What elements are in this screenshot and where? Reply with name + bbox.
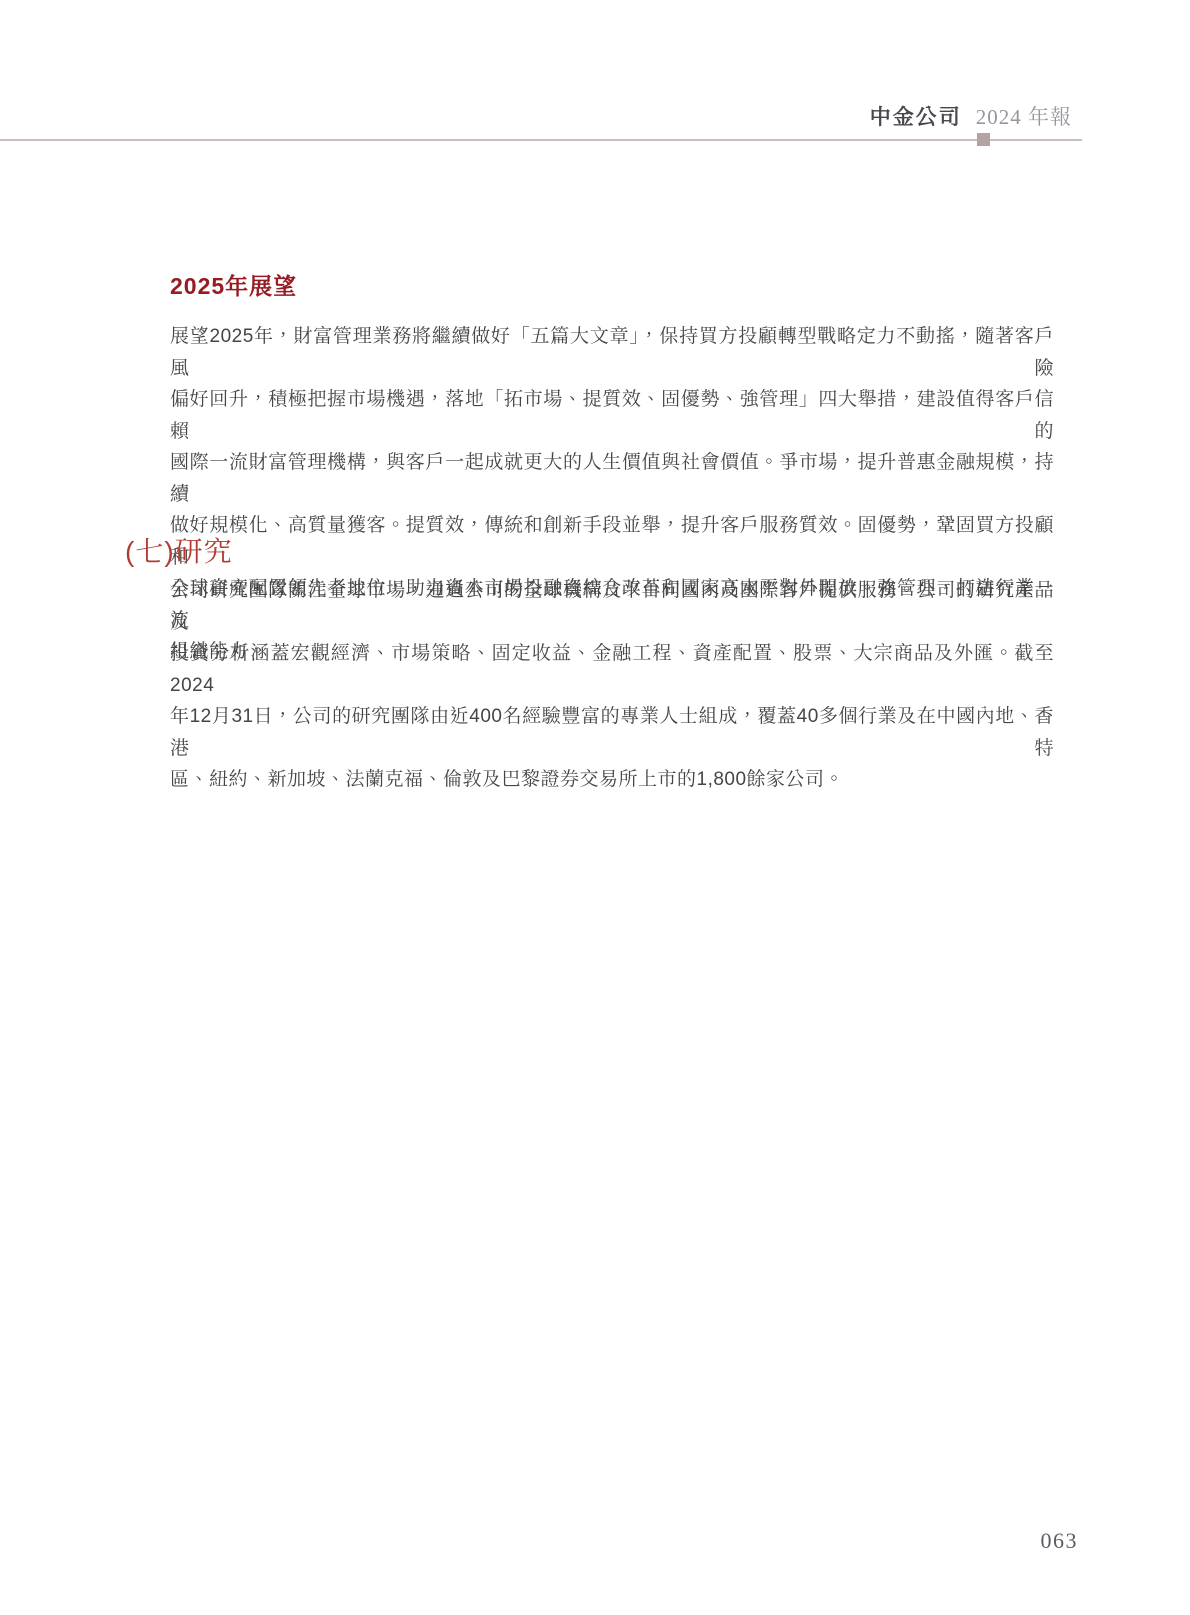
text-line: 做好規模化、高質量獲客。提質效，傳統和創新手段並舉，提升客戶服務質效。固優勢，鞏… [170, 510, 1054, 573]
text-line: 國際一流財富管理機構，與客戶一起成就更大的人生價值與社會價值。爭市場，提升普惠金… [170, 447, 1054, 510]
outlook-heading: 2025年展望 [170, 271, 297, 301]
text-line: 公司研究團隊關注全球市場，通過公司的全球機構及平台向國內及國際客戶提供服務。公司… [170, 575, 1054, 638]
research-paragraph: 公司研究團隊關注全球市場，通過公司的全球機構及平台向國內及國際客戶提供服務。公司… [170, 575, 1054, 796]
running-header: 中金公司2024 年報 [870, 105, 1072, 129]
text-line: 區、紐約、新加坡、法蘭克福、倫敦及巴黎證券交易所上市的1,800餘家公司。 [170, 764, 1054, 796]
rule-square-marker [977, 133, 990, 146]
research-heading: (七)研究 [125, 534, 233, 570]
header-rule [0, 139, 1082, 141]
text-line: 年12月31日，公司的研究團隊由近400名經驗豐富的專業人士組成，覆蓋40多個行… [170, 701, 1054, 764]
company-name: 中金公司 [870, 105, 962, 129]
text-line: 偏好回升，積極把握市場機遇，落地「拓市場、提質效、固優勢、強管理」四大舉措，建設… [170, 384, 1054, 447]
text-line: 投資分析涵蓋宏觀經濟、市場策略、固定收益、金融工程、資產配置、股票、大宗商品及外… [170, 638, 1054, 701]
annual-report-page: 中金公司2024 年報 2025年展望 展望2025年，財富管理業務將繼續做好「… [0, 0, 1190, 1615]
report-edition: 2024 年報 [976, 105, 1072, 129]
text-line: 展望2025年，財富管理業務將繼續做好「五篇大文章」，保持買方投顧轉型戰略定力不… [170, 321, 1054, 384]
page-number: 063 [1041, 1528, 1079, 1554]
